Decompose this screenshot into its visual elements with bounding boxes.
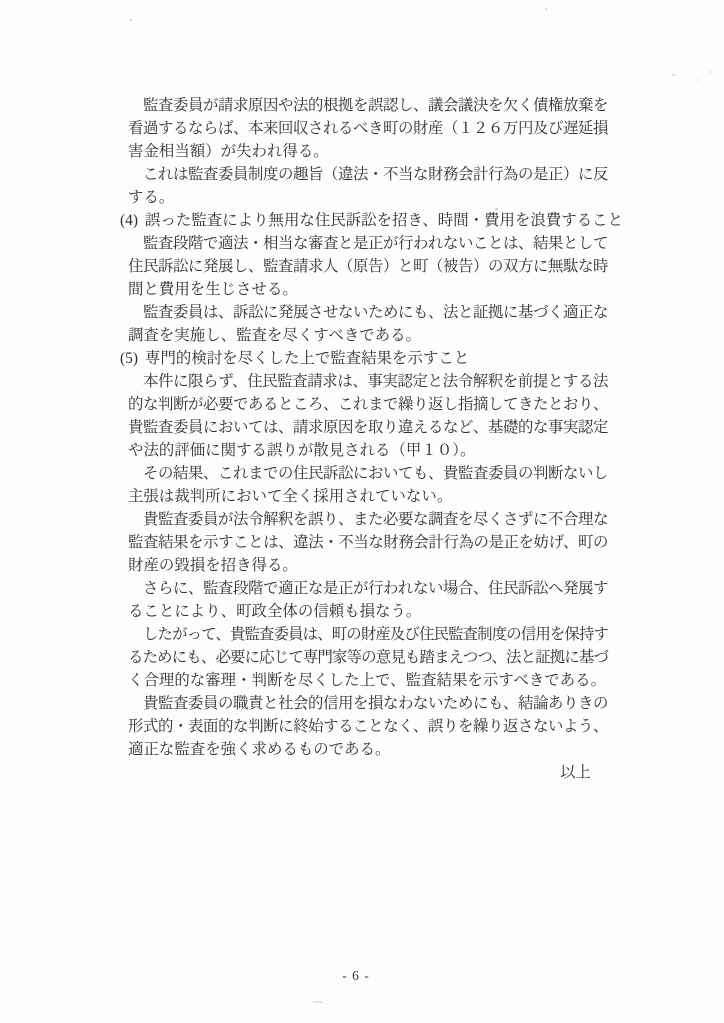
scan-noise-speck [710, 71, 712, 73]
list-item-5-label: 専門的検討を尽くした上で監査結果を示すこと [145, 350, 469, 367]
closing-statement: 以上 [128, 761, 608, 784]
scan-noise-speck [511, 212, 513, 214]
doc-line: 監査委員は、訴訟に発展させないためにも、法と証拠に基づく適正な [128, 301, 608, 324]
doc-line: 主張は裁判所において全く採用されていない。 [128, 485, 608, 508]
doc-line: く合理的な審理・判断を尽くした上で、監査結果を示すべきである。 [128, 669, 608, 692]
doc-line: 間と費用を生じさせる。 [128, 278, 608, 301]
doc-line: や法的評価に関する誤りが散見される（甲１０）。 [128, 439, 608, 462]
doc-line: したがって、貴監査委員は、町の財産及び住民監査制度の信用を保持す [128, 623, 608, 646]
doc-line: 形式的・表面的な判断に終始することなく、誤りを繰り返さないよう、 [128, 715, 608, 738]
scan-noise-speck [672, 74, 675, 76]
doc-line: 貴監査委員が法令解釈を誤り、また必要な調査を尽くさずに不合理な [128, 508, 608, 531]
scan-noise-speck [545, 8, 547, 10]
doc-line: 適正な監査を強く求めるものである。 [128, 738, 608, 761]
doc-line: ることにより、町政全体の信頼も損なう。 [128, 600, 608, 623]
doc-line: 本件に限らず、住民監査請求は、事実認定と法令解釈を前提とする法 [128, 370, 608, 393]
list-item-5-heading: (5)専門的検討を尽くした上で監査結果を示すこと [128, 347, 608, 370]
page-number: - 6 - [0, 968, 712, 984]
list-item-4-label: 誤った監査により無用な住民訴訟を招き、時間・費用を浪費すること [145, 212, 623, 229]
list-item-4-marker: (4) [120, 209, 145, 232]
doc-line: 看過するならば、本来回収されるべき町の財産（１２６万円及び遅延損 [128, 117, 608, 140]
doc-line: これは監査委員制度の趣旨（違法・不当な財務会計行為の是正）に反 [128, 163, 608, 186]
doc-line: 貴監査委員の職責と社会的信用を損なわないためにも、結論ありきの [128, 692, 608, 715]
doc-line: する。 [128, 186, 608, 209]
list-item-5-marker: (5) [120, 347, 145, 370]
scan-noise-speck [495, 208, 498, 210]
doc-line: 監査委員が請求原因や法的根拠を誤認し、議会議決を欠く債権放棄を [128, 94, 608, 117]
doc-line: さらに、監査段階で適正な是正が行われない場合、住民訴訟へ発展す [128, 577, 608, 600]
scan-noise-speck [697, 79, 699, 81]
doc-line: その結果、これまでの住民訴訟においても、貴監査委員の判断ないし [128, 462, 608, 485]
doc-line: 監査結果を示すことは、違法・不当な財務会計行為の是正を妨げ、町の [128, 531, 608, 554]
doc-line: 住民訴訟に発展し、監査請求人（原告）と町（被告）の双方に無駄な時 [128, 255, 608, 278]
list-item-4-heading: (4)誤った監査により無用な住民訴訟を招き、時間・費用を浪費すること [128, 209, 608, 232]
doc-line: 調査を実施し、監査を尽くすべきである。 [128, 324, 608, 347]
doc-line: 貴監査委員においては、請求原因を取り違えるなど、基礎的な事実認定 [128, 416, 608, 439]
doc-line: 財産の毀損を招き得る。 [128, 554, 608, 577]
scan-noise-speck [313, 1001, 322, 1003]
doc-line: るためにも、必要に応じて専門家等の意見も踏まえつつ、法と証拠に基づ [128, 646, 608, 669]
doc-line: 的な判断が必要であるところ、これまで繰り返し指摘してきたとおり、 [128, 393, 608, 416]
scanned-document-page: { "document": { "lines": [ {"text": "監査委… [0, 0, 724, 1023]
document-text-block: 監査委員が請求原因や法的根拠を誤認し、議会議決を欠く債権放棄を 看過するならば、… [128, 94, 608, 784]
doc-line: 監査段階で適法・相当な審査と是正が行われないことは、結果として [128, 232, 608, 255]
doc-line: 害金相当額）が失われ得る。 [128, 140, 608, 163]
scan-noise-speck [130, 19, 132, 21]
